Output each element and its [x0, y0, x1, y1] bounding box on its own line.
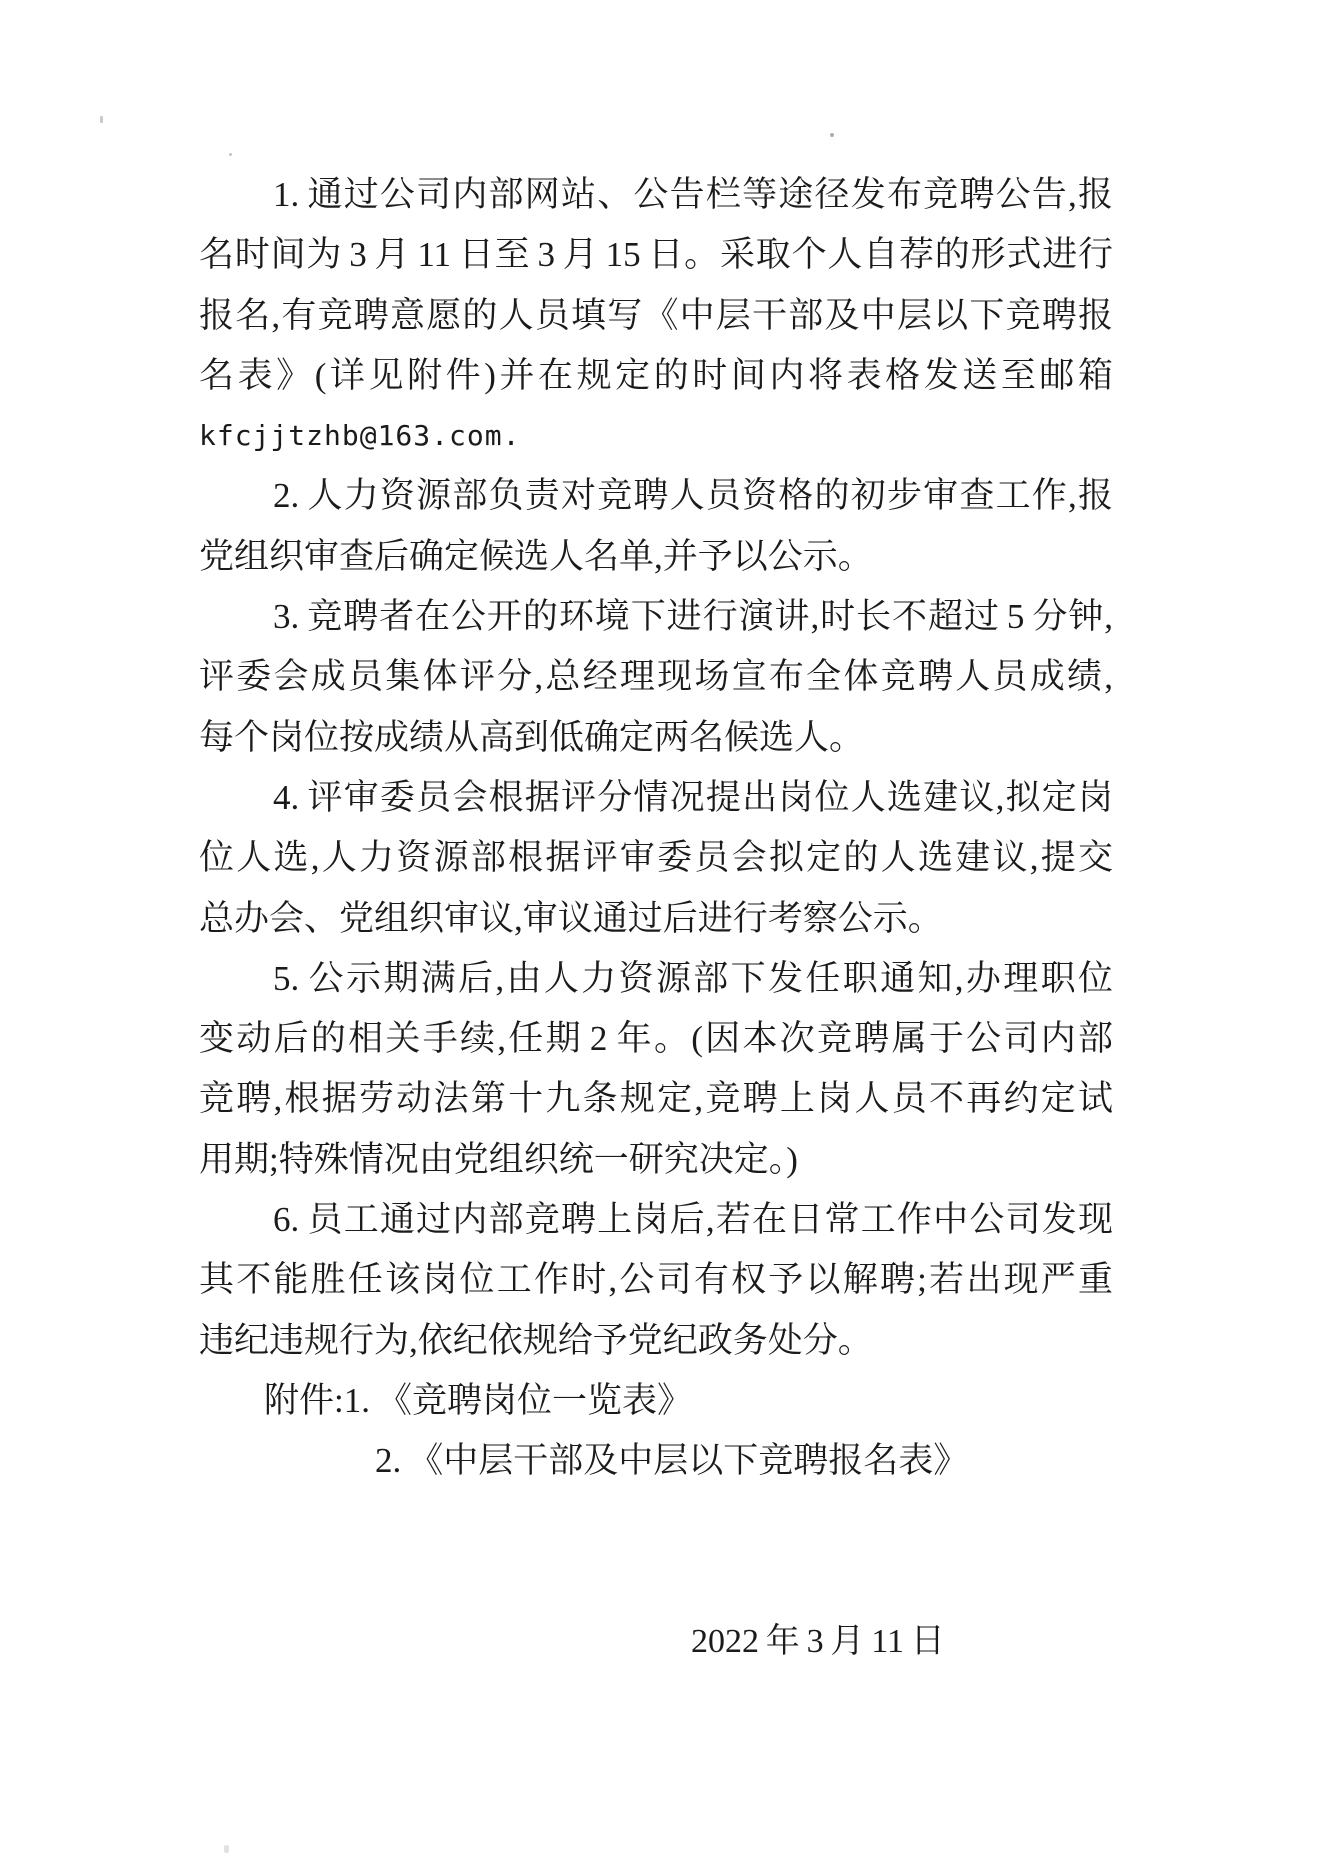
doc-line-3: 报名,有竞聘意愿的人员填写《中层干部及中层以下竞聘报 [199, 286, 1113, 346]
doc-line-1: 1. 通过公司内部网站、公告栏等途径发布竞聘公告,报 [199, 165, 1113, 225]
doc-line-9: 评委会成员集体评分,总经理现场宣布全体竞聘人员成绩, [199, 647, 1113, 707]
doc-line-6: 2. 人力资源部负责对竞聘人员资格的初步审查工作,报 [199, 466, 1113, 526]
doc-line-11: 4. 评审委员会根据评分情况提出岗位人选建议,拟定岗 [199, 768, 1113, 828]
scan-speck [830, 133, 834, 137]
doc-line-17: 用期;特殊情况由党组织统一研究决定。) [199, 1130, 1113, 1190]
scan-speck [100, 116, 103, 123]
doc-line-15: 变动后的相关手续,任期 2 年。(因本次竞聘属于公司内部 [199, 1009, 1113, 1069]
email-text: kfcjjtzhb@163.com. [199, 406, 1113, 466]
doc-line-13: 总办会、党组织审议,审议通过后进行考察公示。 [199, 889, 1113, 949]
doc-line-18: 6. 员工通过内部竞聘上岗后,若在日常工作中公司发现 [199, 1190, 1113, 1250]
document-body: 1. 通过公司内部网站、公告栏等途径发布竞聘公告,报 名时间为 3 月 11 日… [199, 165, 1113, 1492]
scan-speck [224, 1845, 229, 1853]
doc-line-16: 竞聘,根据劳动法第十九条规定,竞聘上岗人员不再约定试 [199, 1069, 1113, 1129]
doc-line-8: 3. 竞聘者在公开的环境下进行演讲,时长不超过 5 分钟, [199, 587, 1113, 647]
doc-line-12: 位人选,人力资源部根据评审委员会拟定的人选建议,提交 [199, 828, 1113, 888]
attachments-line-1: 附件:1. 《竞聘岗位一览表》 [199, 1371, 1113, 1431]
doc-line-14: 5. 公示期满后,由人力资源部下发任职通知,办理职位 [199, 949, 1113, 1009]
date-line: 2022 年 3 月 11 日 [691, 1612, 945, 1672]
doc-line-19: 其不能胜任该岗位工作时,公司有权予以解聘;若出现严重 [199, 1250, 1113, 1310]
scan-speck [973, 1081, 976, 1084]
doc-line-7: 党组织审查后确定候选人名单,并予以公示。 [199, 527, 1113, 587]
doc-line-10: 每个岗位按成绩从高到低确定两名候选人。 [199, 708, 1113, 768]
doc-line-2: 名时间为 3 月 11 日至 3 月 15 日。采取个人自荐的形式进行 [199, 225, 1113, 285]
scan-speck [229, 153, 232, 156]
document-page: 1. 通过公司内部网站、公告栏等途径发布竞聘公告,报 名时间为 3 月 11 日… [0, 0, 1325, 1870]
attachments-line-2: 2. 《中层干部及中层以下竞聘报名表》 [199, 1431, 1113, 1491]
doc-line-4: 名表》(详见附件)并在规定的时间内将表格发送至邮箱 [199, 346, 1113, 406]
doc-line-20: 违纪违规行为,依纪依规给予党纪政务处分。 [199, 1311, 1113, 1371]
